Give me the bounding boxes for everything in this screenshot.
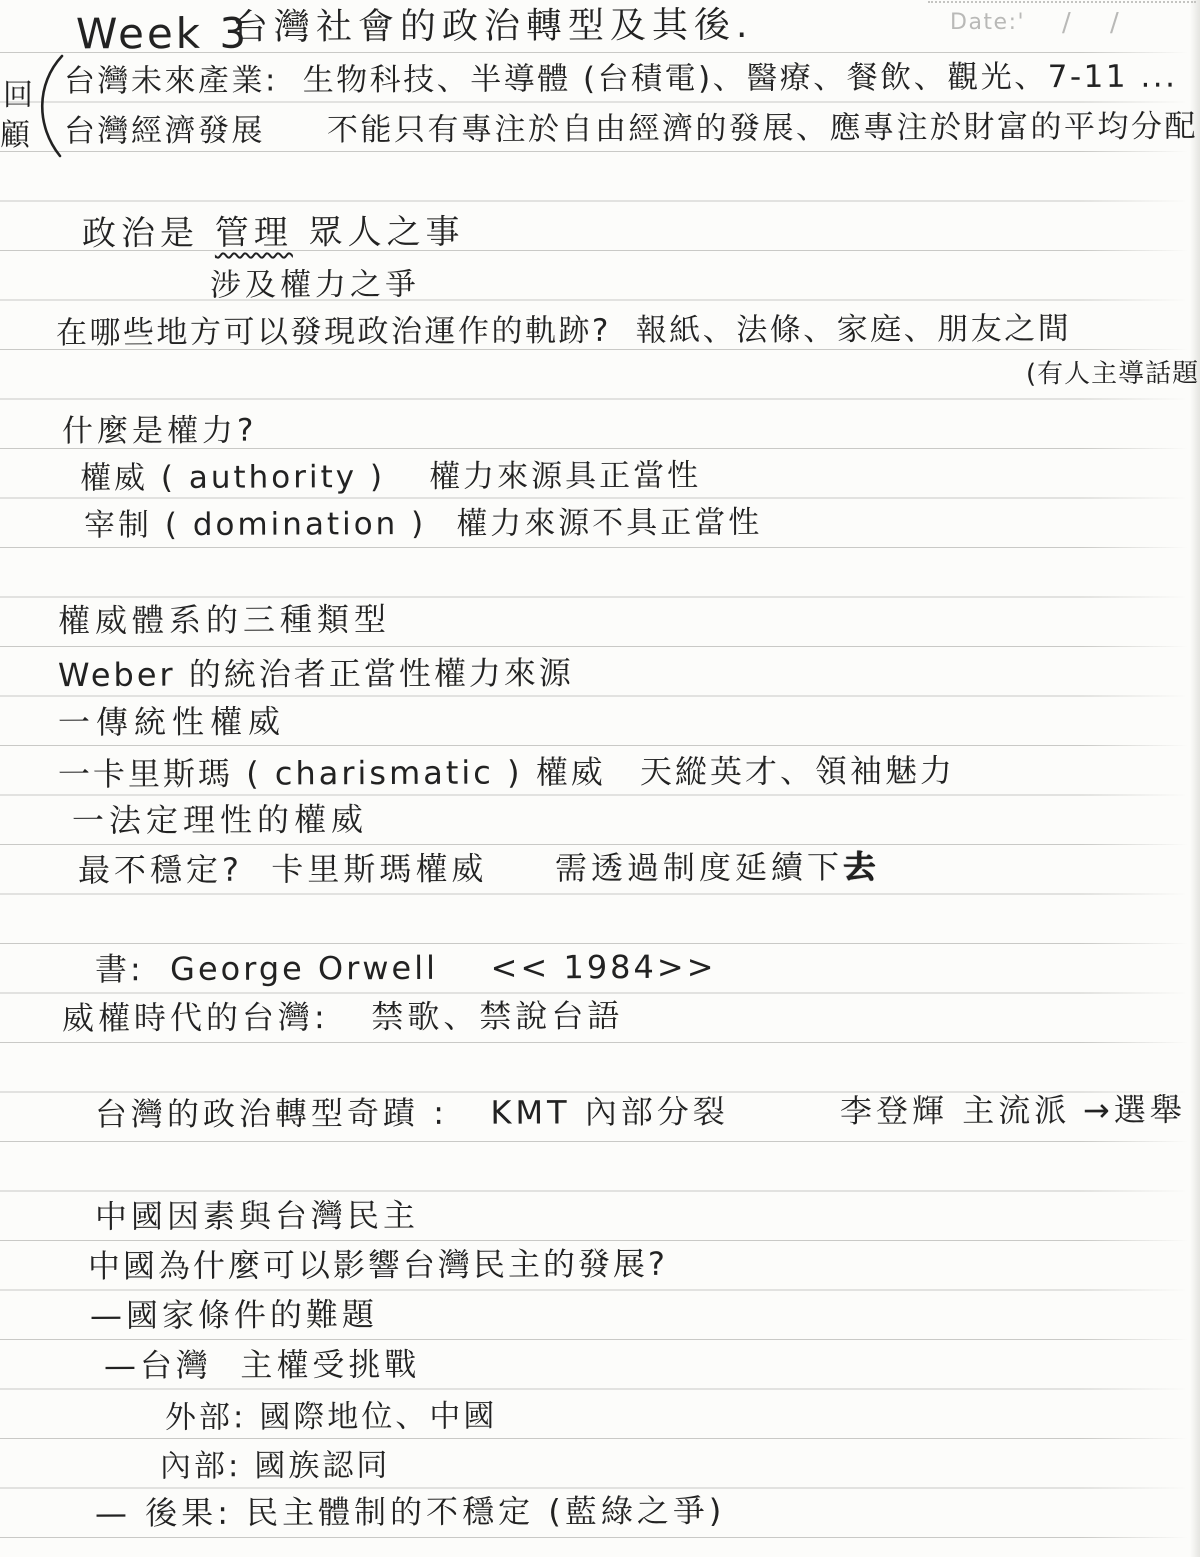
politics-def-prefix: 政治是 [82, 213, 215, 254]
authority-line: 權威 ( authority )權力來源具正當性 [80, 457, 701, 498]
review-economy-body: 不能只有專注於自由經濟的發展、應專注於財富的平均分配 [327, 109, 1198, 149]
authority-definition: 權力來源具正當性 [429, 458, 701, 495]
politics-def-underlined-term: 管理 [215, 213, 293, 253]
week-label: Week 3 [76, 8, 249, 61]
notebook-page: { "colors": { "paper": "#fcfcfa", "ink":… [0, 0, 1200, 1557]
unstable-note-scribbled-char: 去 [843, 848, 879, 886]
type-legal-rational: 一法定理性的權威 [72, 799, 368, 840]
top-dotted-rule [928, 1, 1196, 3]
traces-question: 在哪些地方可以發現政治運作的軌跡? 報紙、法條、家庭、朋友之間 [56, 310, 1071, 353]
type-traditional: 一傳統性權威 [58, 702, 286, 743]
china-item-sovereignty: —台灣 主權受挑戰 [104, 1344, 421, 1385]
review-line-future-industries: 台灣未來產業: 生物科技、半導體 (台積電)、醫療、餐飲、觀光、7-11 ... [64, 58, 1178, 102]
power-question: 什麼是權力? [62, 412, 258, 452]
authority-term: 權威 ( authority ) [80, 459, 385, 496]
date-slash-1: / [1062, 8, 1072, 38]
domination-line: 宰制 ( domination )權力來源不具正當性 [84, 504, 762, 546]
weber-source-line: Weber 的統治者正當性權力來源 [58, 653, 574, 695]
china-item-national-conditions: —國家條件的難題 [90, 1294, 378, 1335]
transition-mid: 李登輝 主流派 [840, 1090, 1070, 1131]
review-line-economy: 台灣經濟發展不能只有專注於自由經濟的發展、應專注於財富的平均分配 [64, 108, 1198, 152]
type-charismatic-line: 一卡里斯瑪 ( charismatic ) 權威天縱英才、領袖魅力 [58, 750, 1178, 795]
transition-line: 台灣的政治轉型奇蹟 : KMT 內部分裂李登輝 主流派→選舉 [95, 1090, 1200, 1135]
china-heading: 中國因素與台灣民主 [95, 1195, 419, 1236]
china-question: 中國為什麼可以影響台灣民主的發展? [88, 1244, 668, 1287]
transition-arrow-result: →選舉 [1083, 1090, 1186, 1130]
domination-definition: 權力來源不具正當性 [456, 505, 762, 542]
china-sub-external: 外部: 國際地位、中國 [165, 1397, 497, 1437]
authoritarian-era-line: 威權時代的台灣: 禁歌、禁說台語 [62, 996, 623, 1038]
book-line: 書: George Orwell << 1984>> [95, 947, 717, 990]
unstable-question-line: 最不穩定? 卡里斯瑪權威需透過制度延續下去 [78, 846, 1178, 891]
domination-term: 宰制 ( domination ) [84, 506, 426, 543]
politics-def-suffix: 眾人之事 [293, 212, 465, 253]
type-charismatic-note: 天縱英才、領袖魅力 [640, 751, 955, 792]
type-charismatic: 一卡里斯瑪 ( charismatic ) 權威 [58, 753, 606, 793]
china-sub-internal: 內部: 國族認同 [160, 1446, 390, 1486]
transition-main: 台灣的政治轉型奇蹟 : KMT 內部分裂 [95, 1093, 729, 1134]
traces-sidenote: (有人主導話題) [1026, 358, 1200, 391]
date-slash-2: / [1110, 8, 1120, 38]
unstable-note: 需透過制度延續下去 [555, 847, 879, 888]
china-item-consequence: — 後果: 民主體制的不穩定 (藍綠之爭) [95, 1491, 725, 1534]
date-label: Date:' [950, 10, 1025, 35]
margin-review-char-2: 顧 [0, 110, 30, 154]
scan-edge-shade [1190, 0, 1200, 1557]
politics-definition-sub: 涉及權力之爭 [210, 266, 420, 306]
politics-definition: 政治是 管理 眾人之事 [82, 211, 465, 255]
review-economy-topic: 台灣經濟發展 [64, 113, 265, 150]
authority-types-heading: 權威體系的三種類型 [58, 599, 391, 640]
margin-brace [28, 54, 68, 158]
unstable-question: 最不穩定? 卡里斯瑪權威 [78, 850, 488, 890]
page-title: 台灣社會的政治轉型及其後. [232, 3, 754, 50]
unstable-note-main: 需透過制度延續下 [555, 848, 843, 887]
